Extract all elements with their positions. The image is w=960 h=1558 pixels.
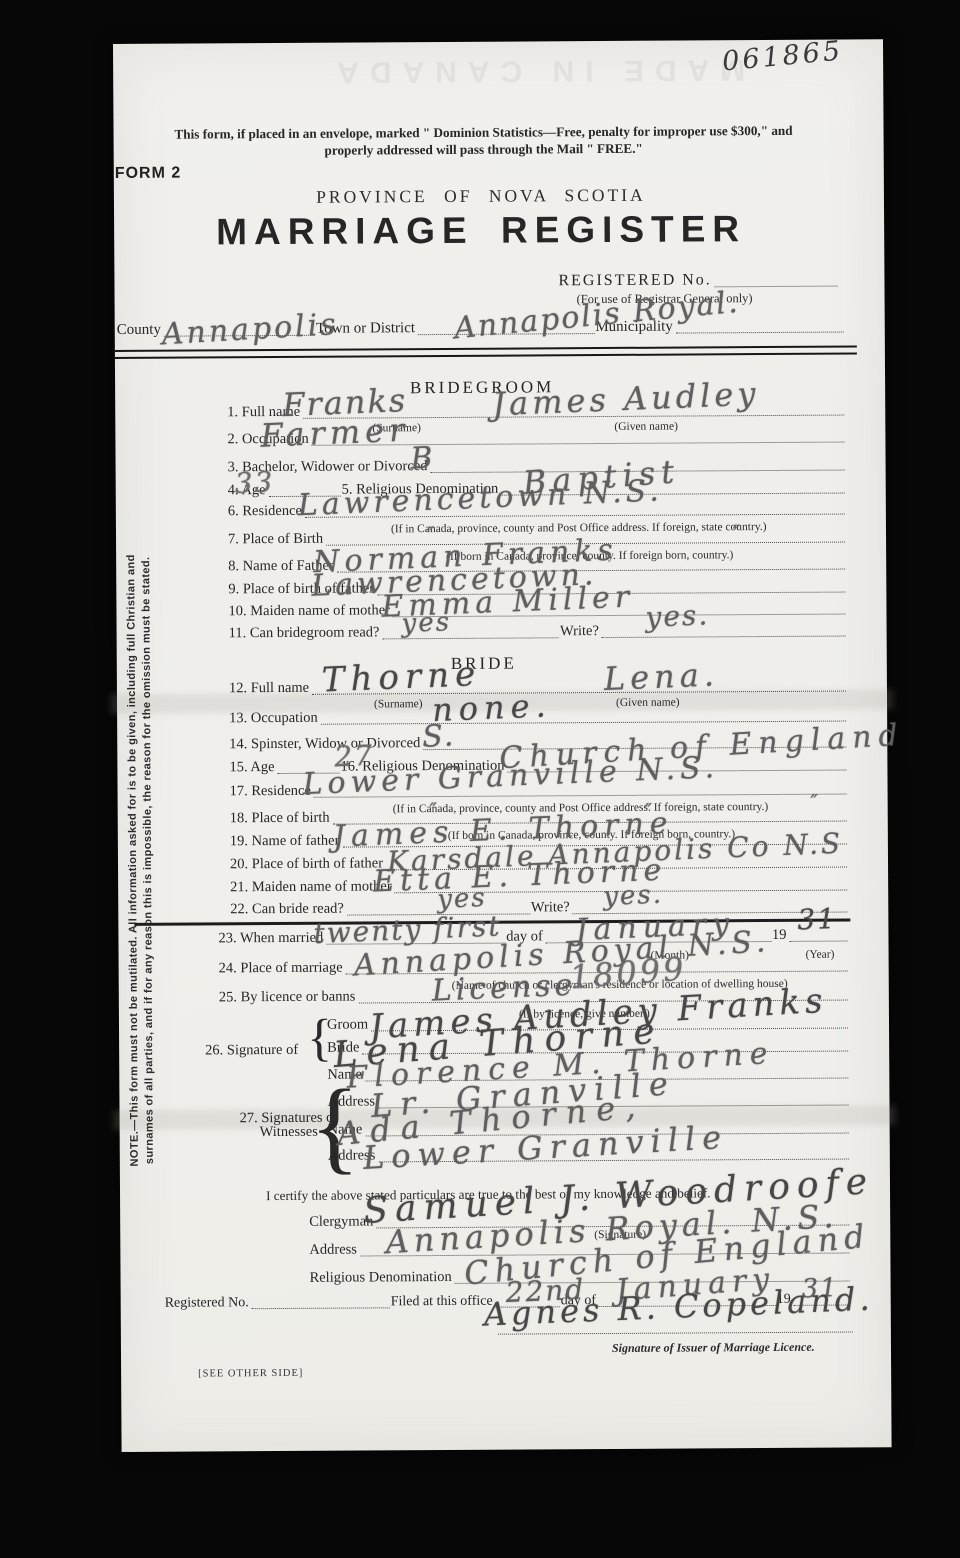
- field-3-value: B: [410, 444, 435, 475]
- field-11-write-value: yes.: [645, 601, 710, 632]
- dotted-line: [321, 720, 846, 725]
- corner-number: 061865: [721, 35, 844, 77]
- mail-instruction-note: This form, if placed in an envelope, mar…: [144, 122, 824, 160]
- field-1-given-value: James Audley: [492, 377, 760, 420]
- dotted-line: [789, 940, 847, 942]
- field-4-value: 33: [234, 468, 275, 498]
- field-11-label: 11. Can bridegroom read?: [229, 624, 382, 642]
- dotted-line: [252, 1306, 390, 1309]
- field-22-write-label: Write?: [531, 899, 572, 916]
- scanned-photo: { "photo": { "corner_number": "061865", …: [0, 0, 960, 1558]
- religious-denomination-label: Religious Denomination: [309, 1269, 453, 1287]
- field-11-write-label: Write?: [560, 623, 601, 640]
- dotted-line: [676, 331, 844, 334]
- field-7-label: 7. Place of Birth: [228, 531, 325, 549]
- field-12-given-value: Lena.: [603, 658, 719, 695]
- field-22-write-value: yes.: [603, 882, 664, 910]
- field-17-label: 17. Residence: [230, 783, 313, 801]
- field-23-year-value: 31: [797, 905, 838, 935]
- field-26-label: 26. Signature of: [205, 1042, 298, 1060]
- field-row-11: 11. Can bridegroom read? Write?: [229, 622, 847, 643]
- county-value: Annapolis: [161, 310, 339, 350]
- side-note: NOTE.—This form must not be mutilated. A…: [124, 553, 158, 1168]
- field-13-label: 13. Occupation: [229, 710, 320, 728]
- issuer-signature-line: [498, 1332, 853, 1335]
- side-note-line2: surnames of all parties, and if for any …: [139, 553, 158, 1168]
- field-18-ditto-3: ″: [810, 792, 820, 812]
- field-14-value: S.: [422, 721, 456, 752]
- see-other-side-note: [SEE OTHER SIDE]: [198, 1368, 303, 1380]
- field-6-label: 6. Residence: [228, 503, 304, 520]
- field-10-label: 10. Maiden name of mother: [228, 602, 392, 620]
- field-24-label: 24. Place of marriage: [219, 960, 345, 978]
- field-11-read-value: yes: [401, 609, 451, 637]
- dotted-line: [602, 635, 846, 638]
- year-prefix: 19: [772, 927, 789, 944]
- field-25-label: 25. By licence or banns: [219, 989, 358, 1007]
- field-14-label: 14. Spinster, Widow or Divorced: [229, 735, 422, 753]
- address-label: Address: [309, 1242, 359, 1259]
- filing-registered-label: Registered No.: [165, 1295, 251, 1312]
- county-label: County: [117, 322, 163, 339]
- page-title: MARRIAGE REGISTER: [114, 208, 848, 254]
- field-15-label: 15. Age: [229, 759, 276, 776]
- field-18-label: 18. Place of birth: [230, 810, 332, 828]
- field-20-label: 20. Place of birth of father: [230, 855, 385, 873]
- province-heading: PROVINCE OF NOVA SCOTIA: [114, 184, 848, 209]
- field-row-22: 22. Can bride read? Write?: [230, 898, 848, 919]
- field-7-ditto-2: ″: [733, 522, 743, 542]
- field-21-label: 21. Maiden name of mother: [230, 878, 394, 896]
- field-22-read-value: yes: [437, 885, 487, 913]
- made-in-canada-watermark: MADE IN CANADA: [365, 52, 745, 88]
- marriage-register-page: MADE IN CANADA 061865 This form, if plac…: [113, 39, 892, 1452]
- issuer-caption: Signature of Issuer of Marriage Licence.: [612, 1340, 815, 1356]
- field-2-value: Farmer: [260, 414, 410, 452]
- field-25-number: 18099: [569, 952, 688, 993]
- groom-label: Groom: [327, 1016, 370, 1033]
- field-12-label: 12. Full name: [229, 680, 311, 698]
- field-23-label: 23. When married: [218, 930, 325, 948]
- registered-no-label: REGISTERED No.: [558, 271, 713, 290]
- section-bride: BRIDE: [117, 652, 851, 676]
- field-19-label: 19. Name of father: [230, 833, 342, 851]
- filed-label: Filed at this office: [391, 1294, 495, 1311]
- form-number: FORM 2: [115, 165, 182, 183]
